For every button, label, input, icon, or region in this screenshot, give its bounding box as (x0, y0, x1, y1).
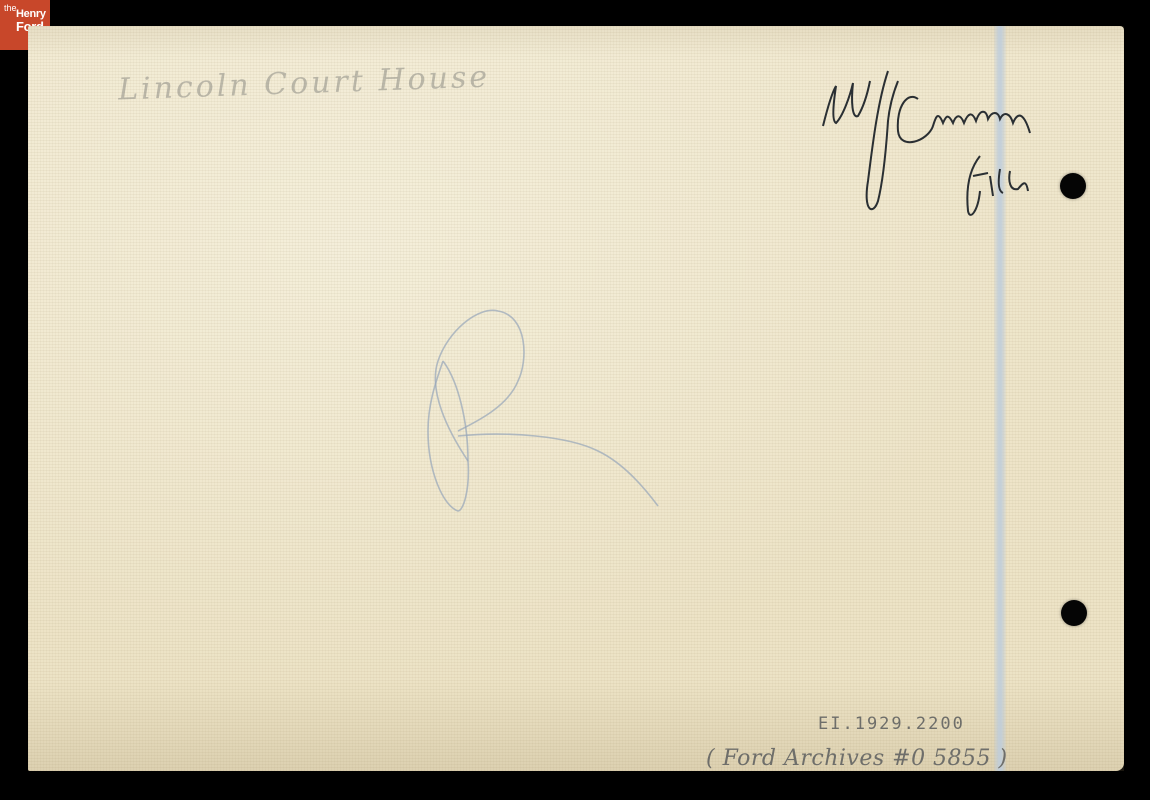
binder-hole-top (1060, 173, 1086, 199)
pencil-letter-r-mark (418, 301, 678, 526)
signature-wj-cameron (818, 61, 1048, 231)
accession-number: EI.1929.2200 (818, 714, 965, 734)
archives-note: ( Ford Archives #0 5855 ) (706, 746, 1008, 771)
archival-card: Lincoln Court House R W J Cameron file E… (28, 26, 1124, 771)
card-wear-top (28, 26, 1124, 56)
binder-hole-bottom (1061, 600, 1087, 626)
